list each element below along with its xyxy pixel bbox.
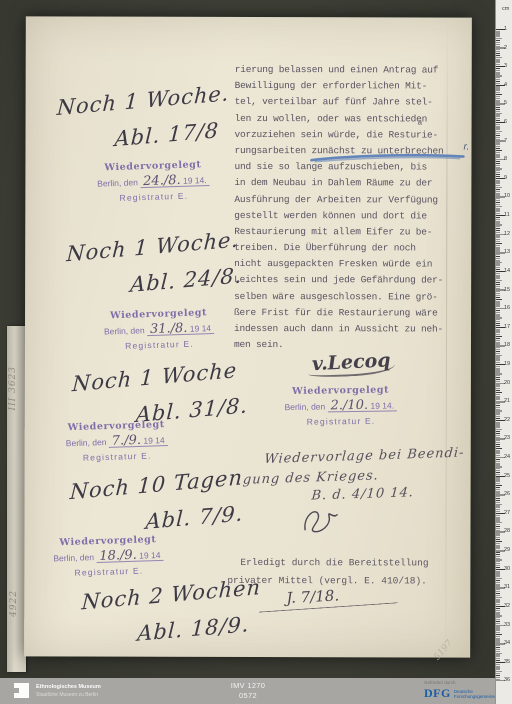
- ruler-number: 5: [504, 94, 512, 113]
- note-line2: Abl. 24/8.: [130, 263, 243, 297]
- typewritten-text: rierung belassen und einen Antrag aufBew…: [234, 62, 461, 354]
- typed-line: gestellt werden können und dort die: [234, 208, 460, 225]
- ruler-number: 3: [504, 57, 512, 76]
- wiedervorgelegt-stamp: Wiedervorgelegt Berlin, den 7./9. 19 14 …: [38, 418, 195, 464]
- typed-line: nicht ausgepackten Fresken würde ein: [234, 256, 460, 273]
- dfg-abbr: DFG: [424, 686, 451, 701]
- ruler-number: 31: [504, 578, 512, 597]
- ruler-numbers: cm 1234567891011121314151617181920212223…: [504, 20, 512, 690]
- note-line1: Noch 10 Tagen: [69, 465, 246, 504]
- ruler-number: 18: [504, 336, 512, 355]
- ruler-number: 7: [504, 132, 512, 151]
- typed-line: Leichtes sein und jede Gefährdung der-: [234, 272, 460, 289]
- typed-line: indessen auch dann in Aussicht zu neh-: [234, 321, 460, 338]
- ruler-number: 25: [504, 467, 512, 486]
- pencil-number-mark: 5197: [432, 639, 454, 663]
- ruler-number: 21: [504, 392, 512, 411]
- ruler-unit-label: cm: [502, 6, 509, 12]
- note-line2: Abl. 17/8: [114, 117, 228, 151]
- ruler-number: 8: [504, 150, 512, 169]
- handwritten-margin-note: Noch 10 Tagen Abl. 7/9.: [67, 465, 246, 540]
- handwritten-insertion-mark: a: [418, 118, 423, 127]
- ruler-number: 14: [504, 262, 512, 281]
- note-line1: Noch 1 Woche.: [66, 227, 245, 266]
- handwritten-disposition-note: Wiedervorlage bei Beendi- gung des Krieg…: [236, 446, 465, 542]
- ruler-number: 29: [504, 541, 512, 560]
- scan-viewer: Noch 1 Woche. Abl. 17/8 Noch 1 Woche. Ab…: [0, 0, 512, 704]
- page-number: 0572: [0, 691, 496, 701]
- ruler-number: 6: [504, 113, 512, 132]
- shelfmark: IMV 1270: [0, 681, 496, 691]
- typed-line: ßere Frist für die Restaurierung wäre: [234, 305, 460, 322]
- ruler-number: 34: [504, 634, 512, 653]
- typed-line: Ausführung der Arbeiten zur Verfügung: [234, 191, 460, 208]
- signature-lecoq: v.Lecoq: [307, 349, 395, 378]
- ruler-number: 35: [504, 653, 512, 672]
- ruler-number: 11: [504, 206, 512, 225]
- ruler-number: 22: [504, 411, 512, 430]
- ruler-number: 24: [504, 448, 512, 467]
- stamp-handwritten-date: 18./9.: [99, 548, 137, 564]
- ruler-number: 36: [504, 671, 512, 690]
- stamp-handwritten-date: 7./9.: [112, 433, 142, 449]
- ruler-number: 10: [504, 187, 512, 206]
- handwritten-margin-note: Noch 1 Woche. Abl. 24/8.: [64, 227, 245, 303]
- note-line2: Abl. 7/9.: [145, 501, 244, 533]
- ruler-number: 12: [504, 225, 512, 244]
- ruler-number: 1: [504, 20, 512, 39]
- erledigt-note: Erledigt durch die Bereitstellung privat…: [240, 554, 428, 590]
- stamp-date-line: Berlin, den 18./9. 19 14: [30, 546, 186, 566]
- archive-footer-bar: Ethnologisches Museum Staatliche Museen …: [0, 678, 496, 704]
- stamp-registry-line: Registratur E.: [39, 449, 195, 464]
- stamp-handwritten-date: 24./8.: [143, 173, 181, 189]
- ruler-number: 2: [504, 39, 512, 58]
- typed-line: tel, verteilbar auf fünf Jahre stel-: [235, 94, 461, 111]
- ruler-number: 16: [504, 299, 512, 318]
- wiedervorgelegt-stamp: Wiedervorgelegt Berlin, den 18./9. 19 14…: [30, 533, 187, 579]
- typed-line: Restaurierung mit allem Eifer zu be-: [234, 224, 460, 241]
- ruler-number: 27: [504, 504, 512, 523]
- stamp-registry-line: Registratur E.: [31, 564, 187, 579]
- stamp-registry-line: Registratur E.: [76, 189, 232, 204]
- ruler-number: 17: [504, 318, 512, 337]
- stamp-registry-line: Registratur E.: [81, 337, 237, 352]
- ruler-number: 23: [504, 429, 512, 448]
- wiedervorgelegt-stamp: Wiedervorgelegt Berlin, den 2./10. 19 14…: [263, 384, 420, 427]
- pencil-archive-number: 4922: [9, 590, 19, 617]
- ruler-number: 15: [504, 281, 512, 300]
- stamp-handwritten-date: 2./10.: [330, 398, 368, 414]
- ruler-number: 20: [504, 374, 512, 393]
- funded-by-label: Gefördert durch: [424, 680, 504, 685]
- ruler-number: 32: [504, 597, 512, 616]
- ruler-number: 26: [504, 485, 512, 504]
- paraph-signature: [299, 505, 341, 536]
- ruler-number: 4: [504, 76, 512, 95]
- measuring-scale: cm 1234567891011121314151617181920212223…: [495, 0, 512, 704]
- note-line2: Abl. 18/9.: [137, 611, 260, 646]
- typed-line: len zu wollen, oder was entschieden: [235, 111, 461, 128]
- wiedervorgelegt-stamp: Wiedervorgelegt Berlin, den 31./8. 19 14…: [80, 306, 237, 352]
- ruler-number: 9: [504, 169, 512, 188]
- typed-line: vorzuziehen sein würde, die Resturie-: [235, 127, 461, 144]
- pencil-archive-number: III 3623: [8, 366, 18, 410]
- typed-line: Bewilligung der erforderlichen Mit-: [235, 78, 461, 95]
- handwritten-margin-note: Noch 1 Woche. Abl. 17/8: [54, 81, 230, 156]
- ruler-number: 28: [504, 522, 512, 541]
- typed-line: selben wäre ausgeschlossen. Eine grö-: [234, 289, 460, 306]
- ruler-number: 19: [504, 355, 512, 374]
- typed-line: treiben. Die Überführung der noch: [234, 240, 460, 257]
- shelfmark-block: IMV 1270 0572: [0, 681, 496, 701]
- note-line1: Noch 1 Woche.: [56, 81, 230, 120]
- note-line1: Noch 1 Woche: [72, 357, 251, 396]
- typed-line: in dem Neubau in Dahlem Räume zu der: [234, 175, 460, 192]
- stamp-date-line: Berlin, den 7./9. 19 14: [39, 431, 195, 451]
- stamp-date-line: Berlin, den 31./8. 19 14: [81, 319, 237, 339]
- ruler-number: 30: [504, 560, 512, 579]
- stamp-date-line: Berlin, den 2./10. 19 14.: [263, 397, 419, 414]
- ruler-number: 13: [504, 243, 512, 262]
- wiedervorgelegt-stamp: Wiedervorgelegt Berlin, den 24./8. 19 14…: [75, 158, 232, 204]
- stamp-title: Wiedervorgelegt: [263, 384, 419, 397]
- blue-pencil-underline: [309, 150, 467, 164]
- typed-line: rierung belassen und einen Antrag auf: [235, 62, 461, 79]
- ruler-number: 33: [504, 616, 512, 635]
- stamp-date-line: Berlin, den 24./8. 19 14.: [75, 171, 231, 191]
- dfg-logo: Gefördert durch DFG Deutsche Forschungsg…: [424, 680, 504, 701]
- stamp-handwritten-date: 31./8.: [150, 321, 188, 337]
- document-page: Noch 1 Woche. Abl. 17/8 Noch 1 Woche. Ab…: [24, 16, 472, 657]
- erledigt-signature: J. 7/18.: [286, 583, 399, 610]
- stamp-registry-line: Registratur E.: [263, 415, 419, 427]
